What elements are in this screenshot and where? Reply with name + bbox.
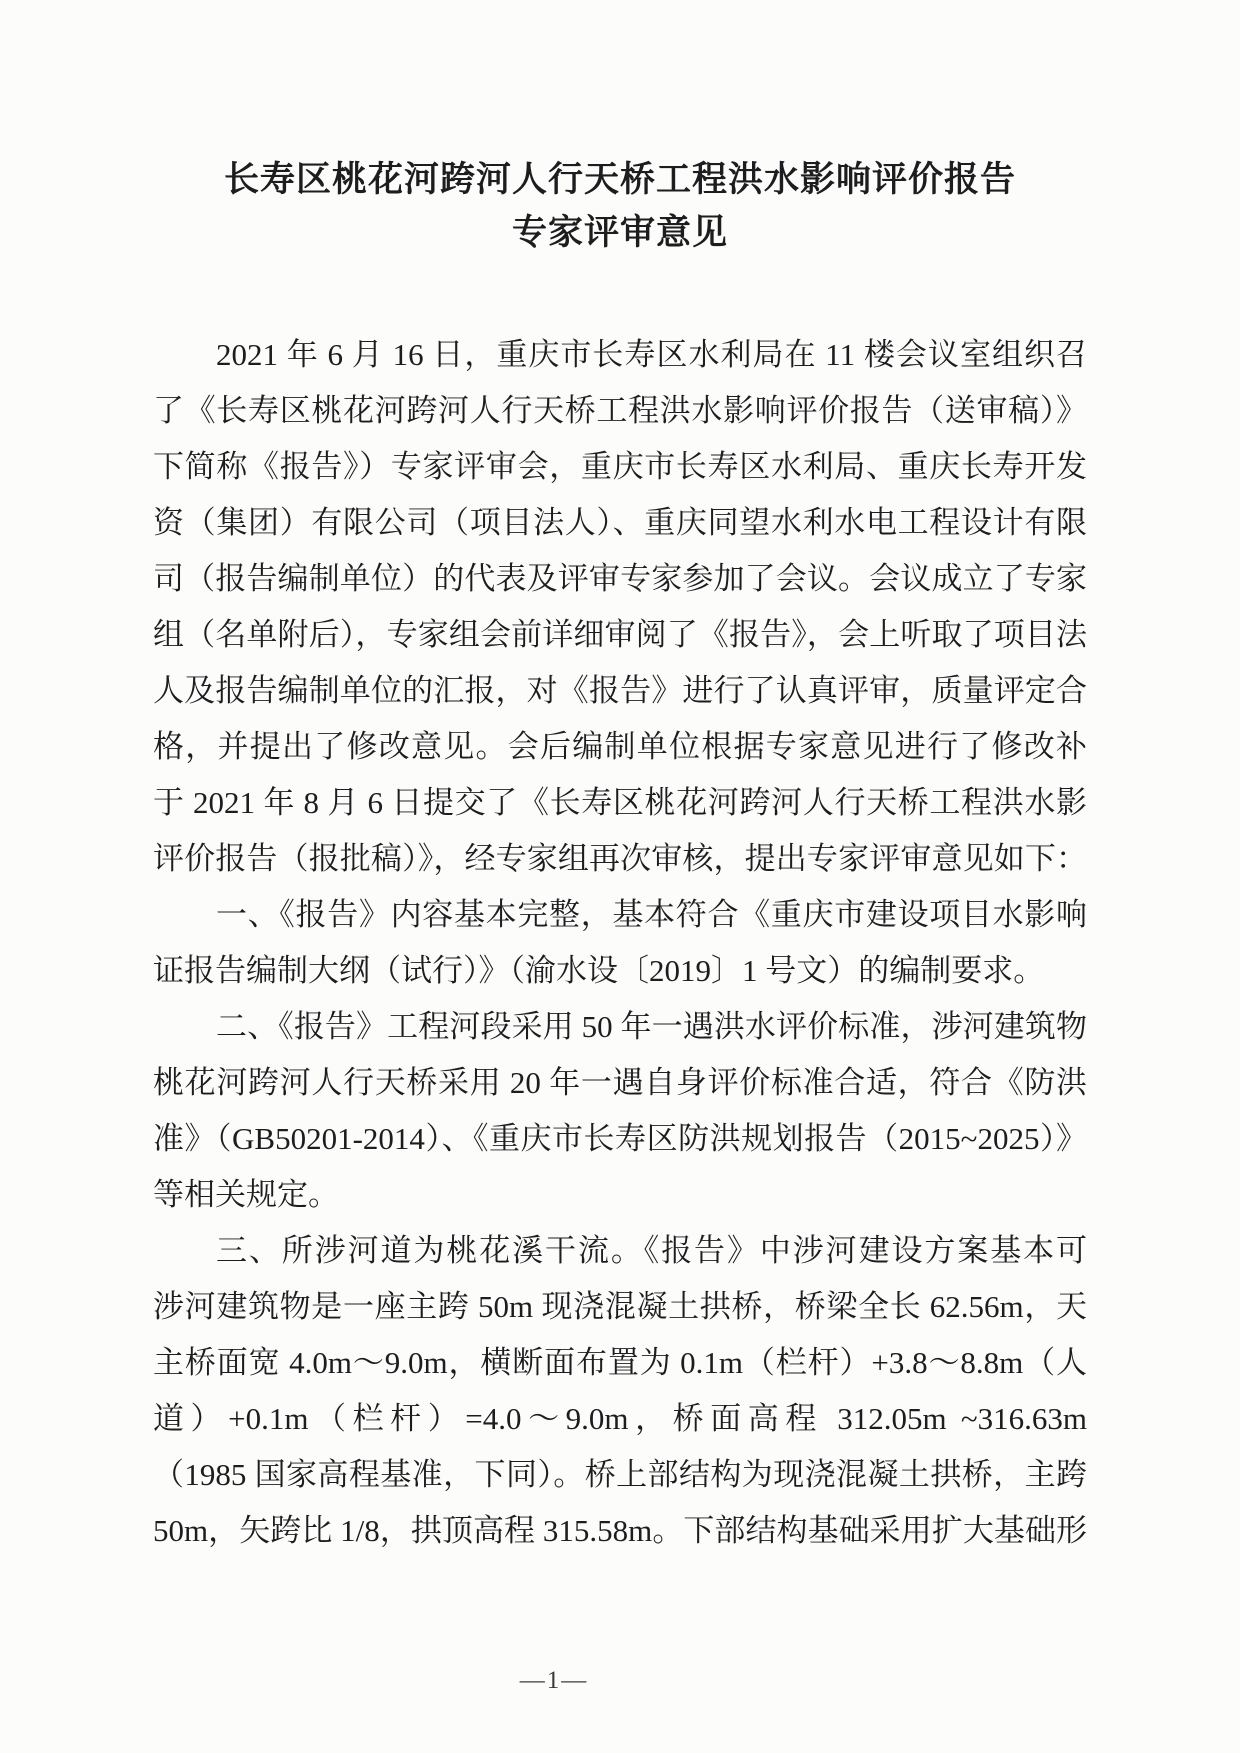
body-line: 人及报告编制单位的汇报，对《报告》进行了认真评审，质量评定合 (153, 663, 1087, 719)
body-line: 主桥面宽 4.0m～9.0m，横断面布置为 0.1m（栏杆）+3.8～8.8m（… (153, 1335, 1087, 1391)
body-line: 等相关规定。 (153, 1167, 1087, 1223)
document-title-line1: 长寿区桃花河跨河人行天桥工程洪水影响评价报告 (0, 156, 1240, 204)
body-line: 下简称《报告》）专家评审会，重庆市长寿区水利局、重庆长寿开发投 (153, 439, 1087, 495)
body-line: 格，并提出了修改意见。会后编制单位根据专家意见进行了修改补充， (153, 719, 1087, 775)
body-line: 桃花河跨河人行天桥采用 20 年一遇自身评价标准合适，符合《防洪标 (153, 1055, 1087, 1111)
body-line: 2021 年 6 月 16 日，重庆市长寿区水利局在 11 楼会议室组织召开 (153, 327, 1087, 383)
document-page: 长寿区桃花河跨河人行天桥工程洪水影响评价报告 专家评审意见 2021 年 6 月… (0, 0, 1240, 1753)
document-title-line2: 专家评审意见 (0, 209, 1240, 257)
body-line: 三、所涉河道为桃花溪干流。《报告》中涉河建设方案基本可行。 (153, 1223, 1087, 1279)
document-body: 2021 年 6 月 16 日，重庆市长寿区水利局在 11 楼会议室组织召开 了… (153, 327, 1087, 1559)
body-line: 一、《报告》内容基本完整，基本符合《重庆市建设项目水影响论 (153, 887, 1087, 943)
body-line: 了《长寿区桃花河跨河人行天桥工程洪水影响评价报告（送审稿）》（以 (153, 383, 1087, 439)
body-line: 评价报告（报批稿）》，经专家组再次审核，提出专家评审意见如下： (153, 831, 1087, 887)
body-line: 司（报告编制单位）的代表及评审专家参加了会议。会议成立了专家 (153, 551, 1087, 607)
body-line: 证报告编制大纲（试行）》（渝水设〔2019〕1 号文）的编制要求。 (153, 943, 1087, 999)
page-number: —1— (520, 1667, 589, 1694)
body-line: 涉河建筑物是一座主跨 50m 现浇混凝土拱桥，桥梁全长 62.56m，天桥 (153, 1279, 1087, 1335)
page-footer: —1— (0, 1665, 1240, 1697)
body-line: 于 2021 年 8 月 6 日提交了《长寿区桃花河跨河人行天桥工程洪水影响 (153, 775, 1087, 831)
body-line: （1985 国家高程基准，下同）。桥上部结构为现浇混凝土拱桥，主跨 (153, 1447, 1087, 1503)
body-line: 资（集团）有限公司（项目法人）、重庆同望水利水电工程设计有限公 (153, 495, 1087, 551)
body-line: 50m，矢跨比 1/8，拱顶高程 315.58m。下部结构基础采用扩大基础形 (153, 1503, 1087, 1559)
body-line: 准》（GB50201-2014）、《重庆市长寿区防洪规划报告（2015~2025… (153, 1111, 1087, 1167)
body-line: 组（名单附后），专家组会前详细审阅了《报告》，会上听取了项目法 (153, 607, 1087, 663)
body-line: 二、《报告》工程河段采用 50 年一遇洪水评价标准，涉河建筑物 (153, 999, 1087, 1055)
body-line: 道）+0.1m（栏杆）=4.0～9.0m，桥面高程 312.05m ~316.6… (153, 1391, 1087, 1447)
